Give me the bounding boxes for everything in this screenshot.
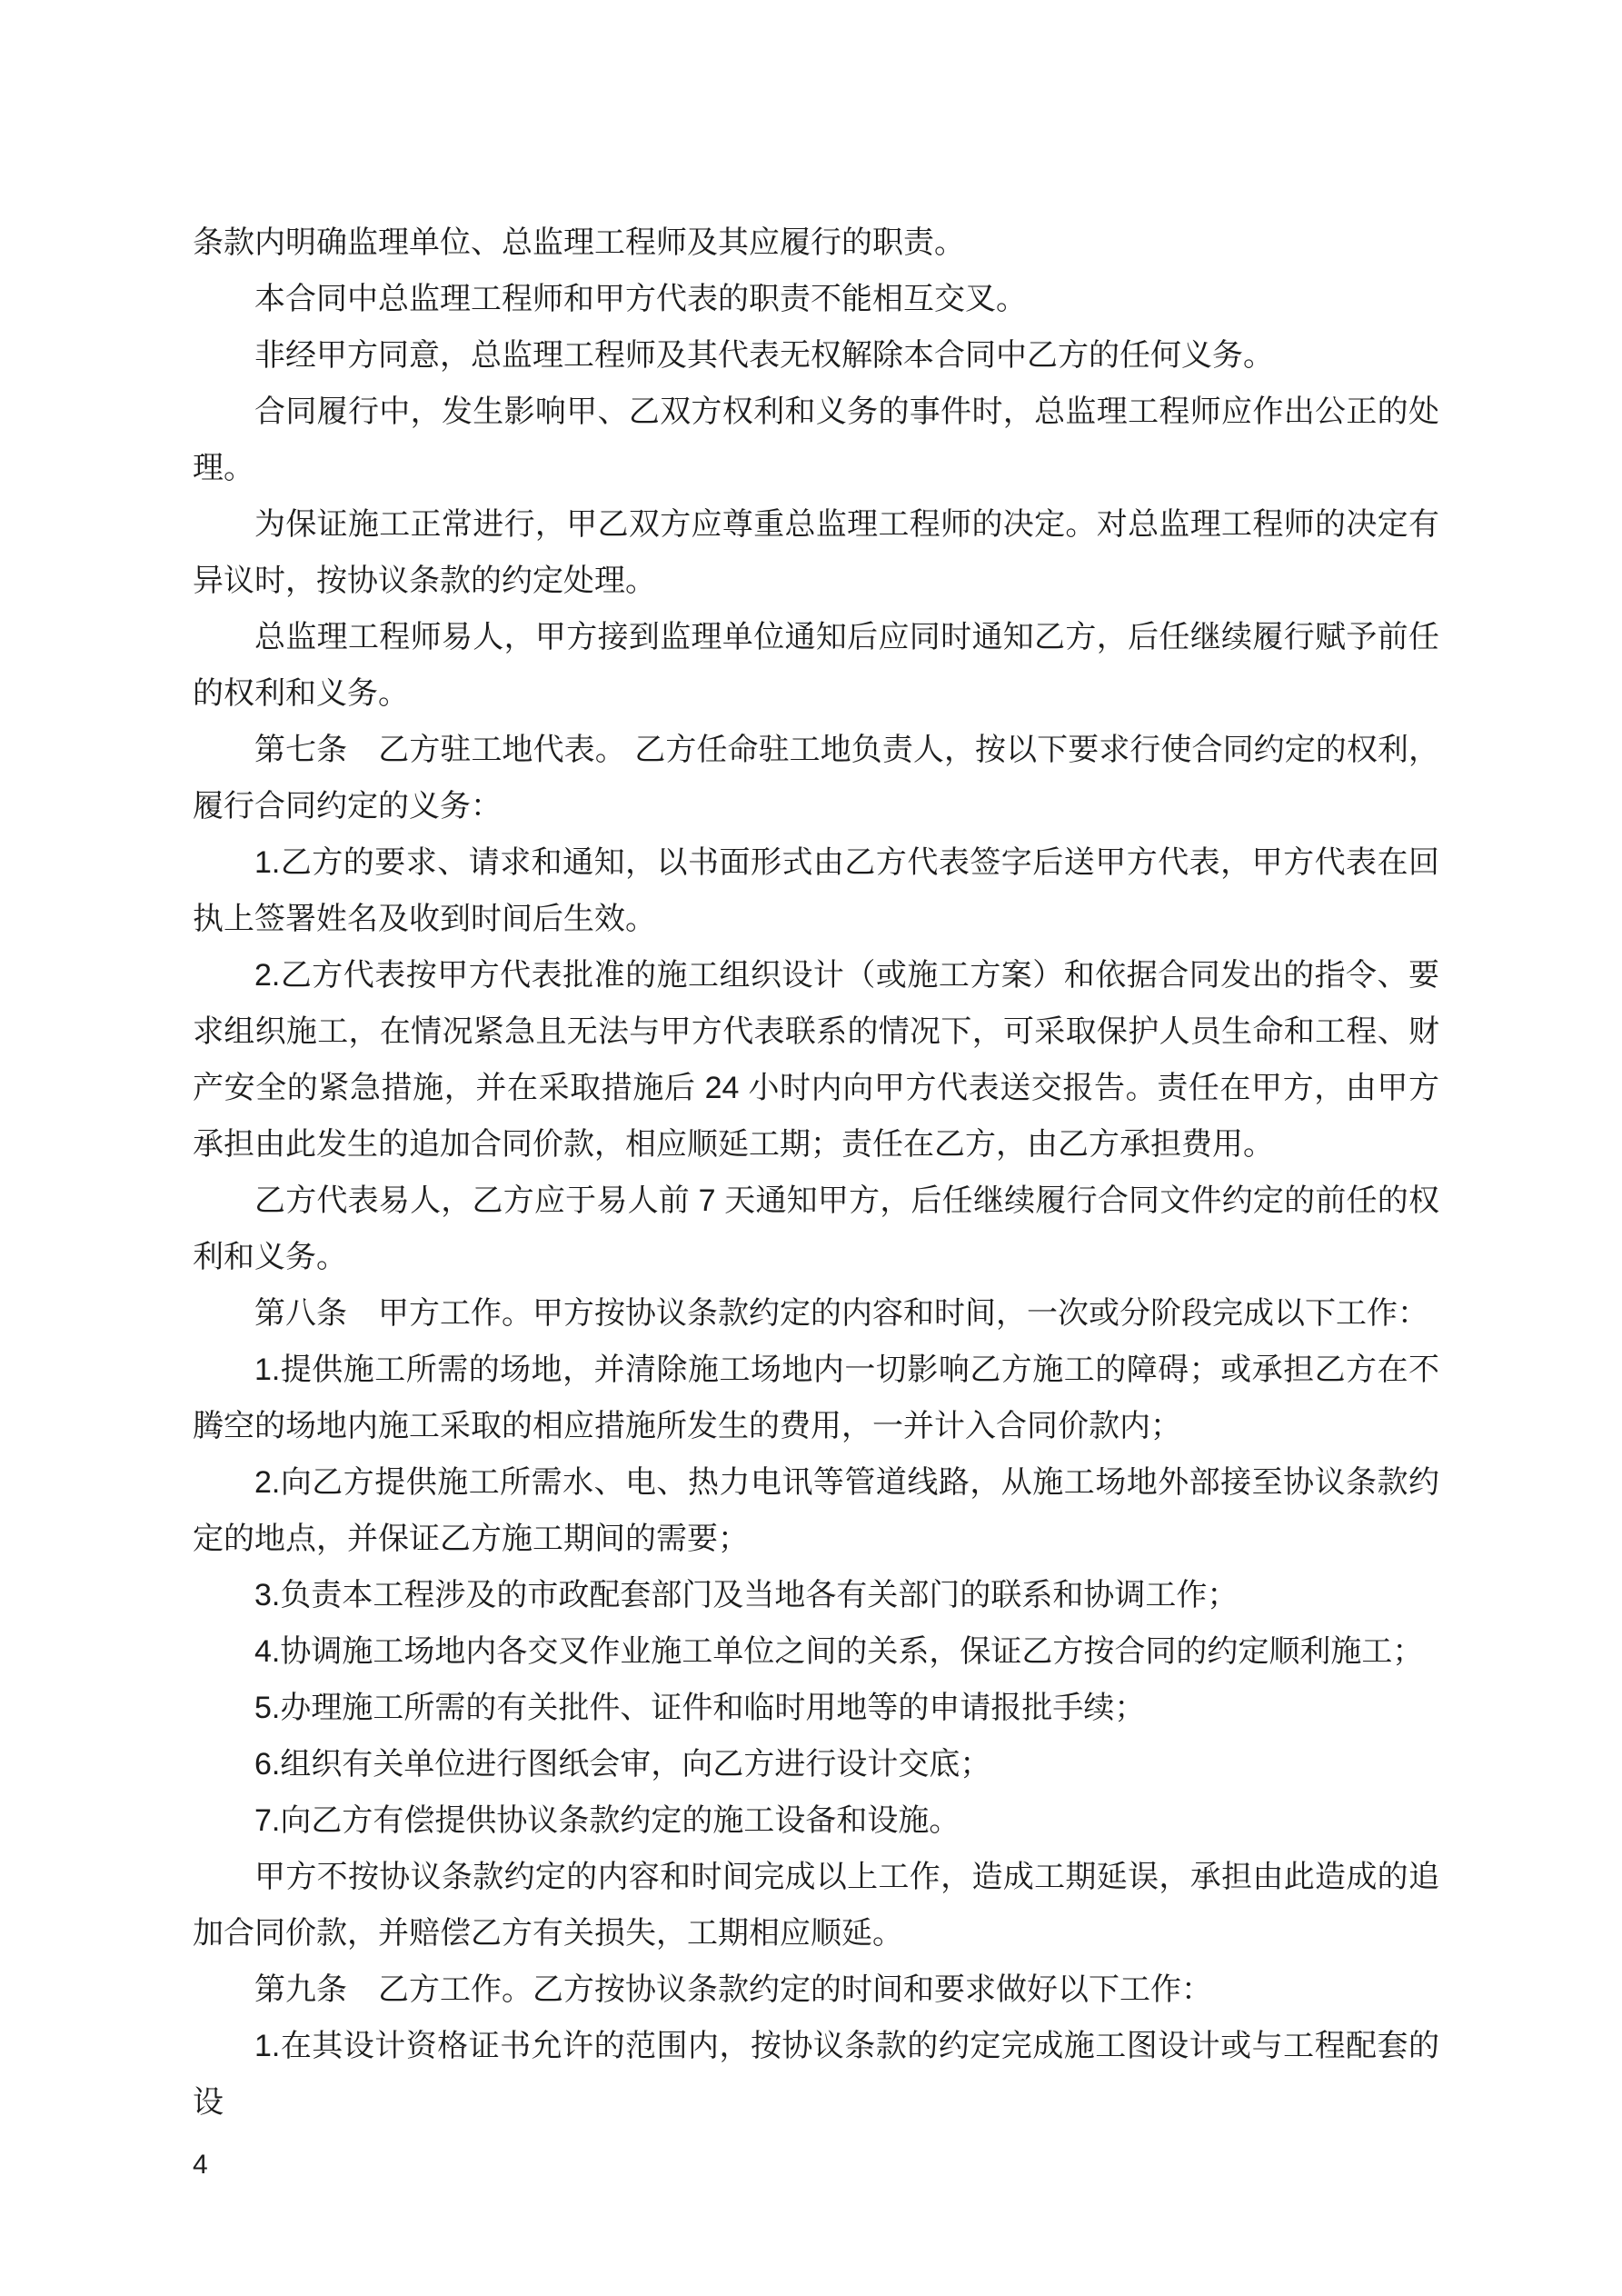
paragraph-no-release-without-consent: 非经甲方同意，总监理工程师及其代表无权解除本合同中乙方的任何义务。 bbox=[193, 327, 1439, 384]
paragraph-respect-decisions: 为保证施工正常进行，甲乙双方应尊重总监理工程师的决定。对总监理工程师的决定有异议… bbox=[193, 496, 1439, 609]
paragraph-article-8-item-5: 5.办理施工所需的有关批件、证件和临时用地等的申请报批手续； bbox=[193, 1680, 1439, 1736]
paragraph-article-7-item-2: 2.乙方代表按甲方代表批准的施工组织设计（或施工方案）和依据合同发出的指令、要求… bbox=[193, 947, 1439, 1173]
paragraph-article-8-liability: 甲方不按协议条款约定的内容和时间完成以上工作，造成工期延误，承担由此造成的追加合… bbox=[193, 1849, 1439, 1962]
paragraph-article-8-item-2: 2.向乙方提供施工所需水、电、热力电讯等管道线路，从施工场地外部接至协议条款约定… bbox=[193, 1454, 1439, 1567]
paragraph-article-7-site-representative: 第七条 乙方驻工地代表。 乙方任命驻工地负责人，按以下要求行使合同约定的权利，履… bbox=[193, 722, 1439, 834]
paragraph-article-7-item-1: 1.乙方的要求、请求和通知，以书面形式由乙方代表签字后送甲方代表，甲方代表在回执… bbox=[193, 834, 1439, 947]
paragraph-article-8-party-a-work: 第八条 甲方工作。甲方按协议条款约定的内容和时间，一次或分阶段完成以下工作： bbox=[193, 1285, 1439, 1342]
document-page: 条款内明确监理单位、总监理工程师及其应履行的职责。 本合同中总监理工程师和甲方代… bbox=[0, 0, 1622, 2296]
paragraph-article-9-party-b-work: 第九条 乙方工作。乙方按协议条款约定的时间和要求做好以下工作： bbox=[193, 1962, 1439, 2018]
paragraph-no-overlap-duties: 本合同中总监理工程师和甲方代表的职责不能相互交叉。 bbox=[193, 271, 1439, 327]
paragraph-article-8-item-6: 6.组织有关单位进行图纸会审，向乙方进行设计交底； bbox=[193, 1736, 1439, 1792]
page-number: 4 bbox=[193, 2147, 208, 2183]
paragraph-fair-handling: 合同履行中，发生影响甲、乙双方权利和义务的事件时，总监理工程师应作出公正的处理。 bbox=[193, 384, 1439, 496]
paragraph-article-8-item-7: 7.向乙方有偿提供协议条款约定的施工设备和设施。 bbox=[193, 1792, 1439, 1849]
paragraph-clause-duties-continuation: 条款内明确监理单位、总监理工程师及其应履行的职责。 bbox=[193, 215, 1439, 271]
paragraph-article-8-item-3: 3.负责本工程涉及的市政配套部门及当地各有关部门的联系和协调工作； bbox=[193, 1567, 1439, 1623]
paragraph-engineer-replacement: 总监理工程师易人，甲方接到监理单位通知后应同时通知乙方，后任继续履行赋予前任的权… bbox=[193, 609, 1439, 722]
contract-text-body: 条款内明确监理单位、总监理工程师及其应履行的职责。 本合同中总监理工程师和甲方代… bbox=[193, 215, 1439, 2131]
paragraph-article-8-item-4: 4.协调施工场地内各交叉作业施工单位之间的关系，保证乙方按合同的约定顺利施工； bbox=[193, 1623, 1439, 1680]
paragraph-article-8-item-1: 1.提供施工所需的场地，并清除施工场地内一切影响乙方施工的障碍；或承担乙方在不腾… bbox=[193, 1342, 1439, 1454]
paragraph-representative-replacement: 乙方代表易人，乙方应于易人前 7 天通知甲方，后任继续履行合同文件约定的前任的权… bbox=[193, 1173, 1439, 1285]
paragraph-article-9-item-1: 1.在其设计资格证书允许的范围内，按协议条款的约定完成施工图设计或与工程配套的设 bbox=[193, 2018, 1439, 2131]
